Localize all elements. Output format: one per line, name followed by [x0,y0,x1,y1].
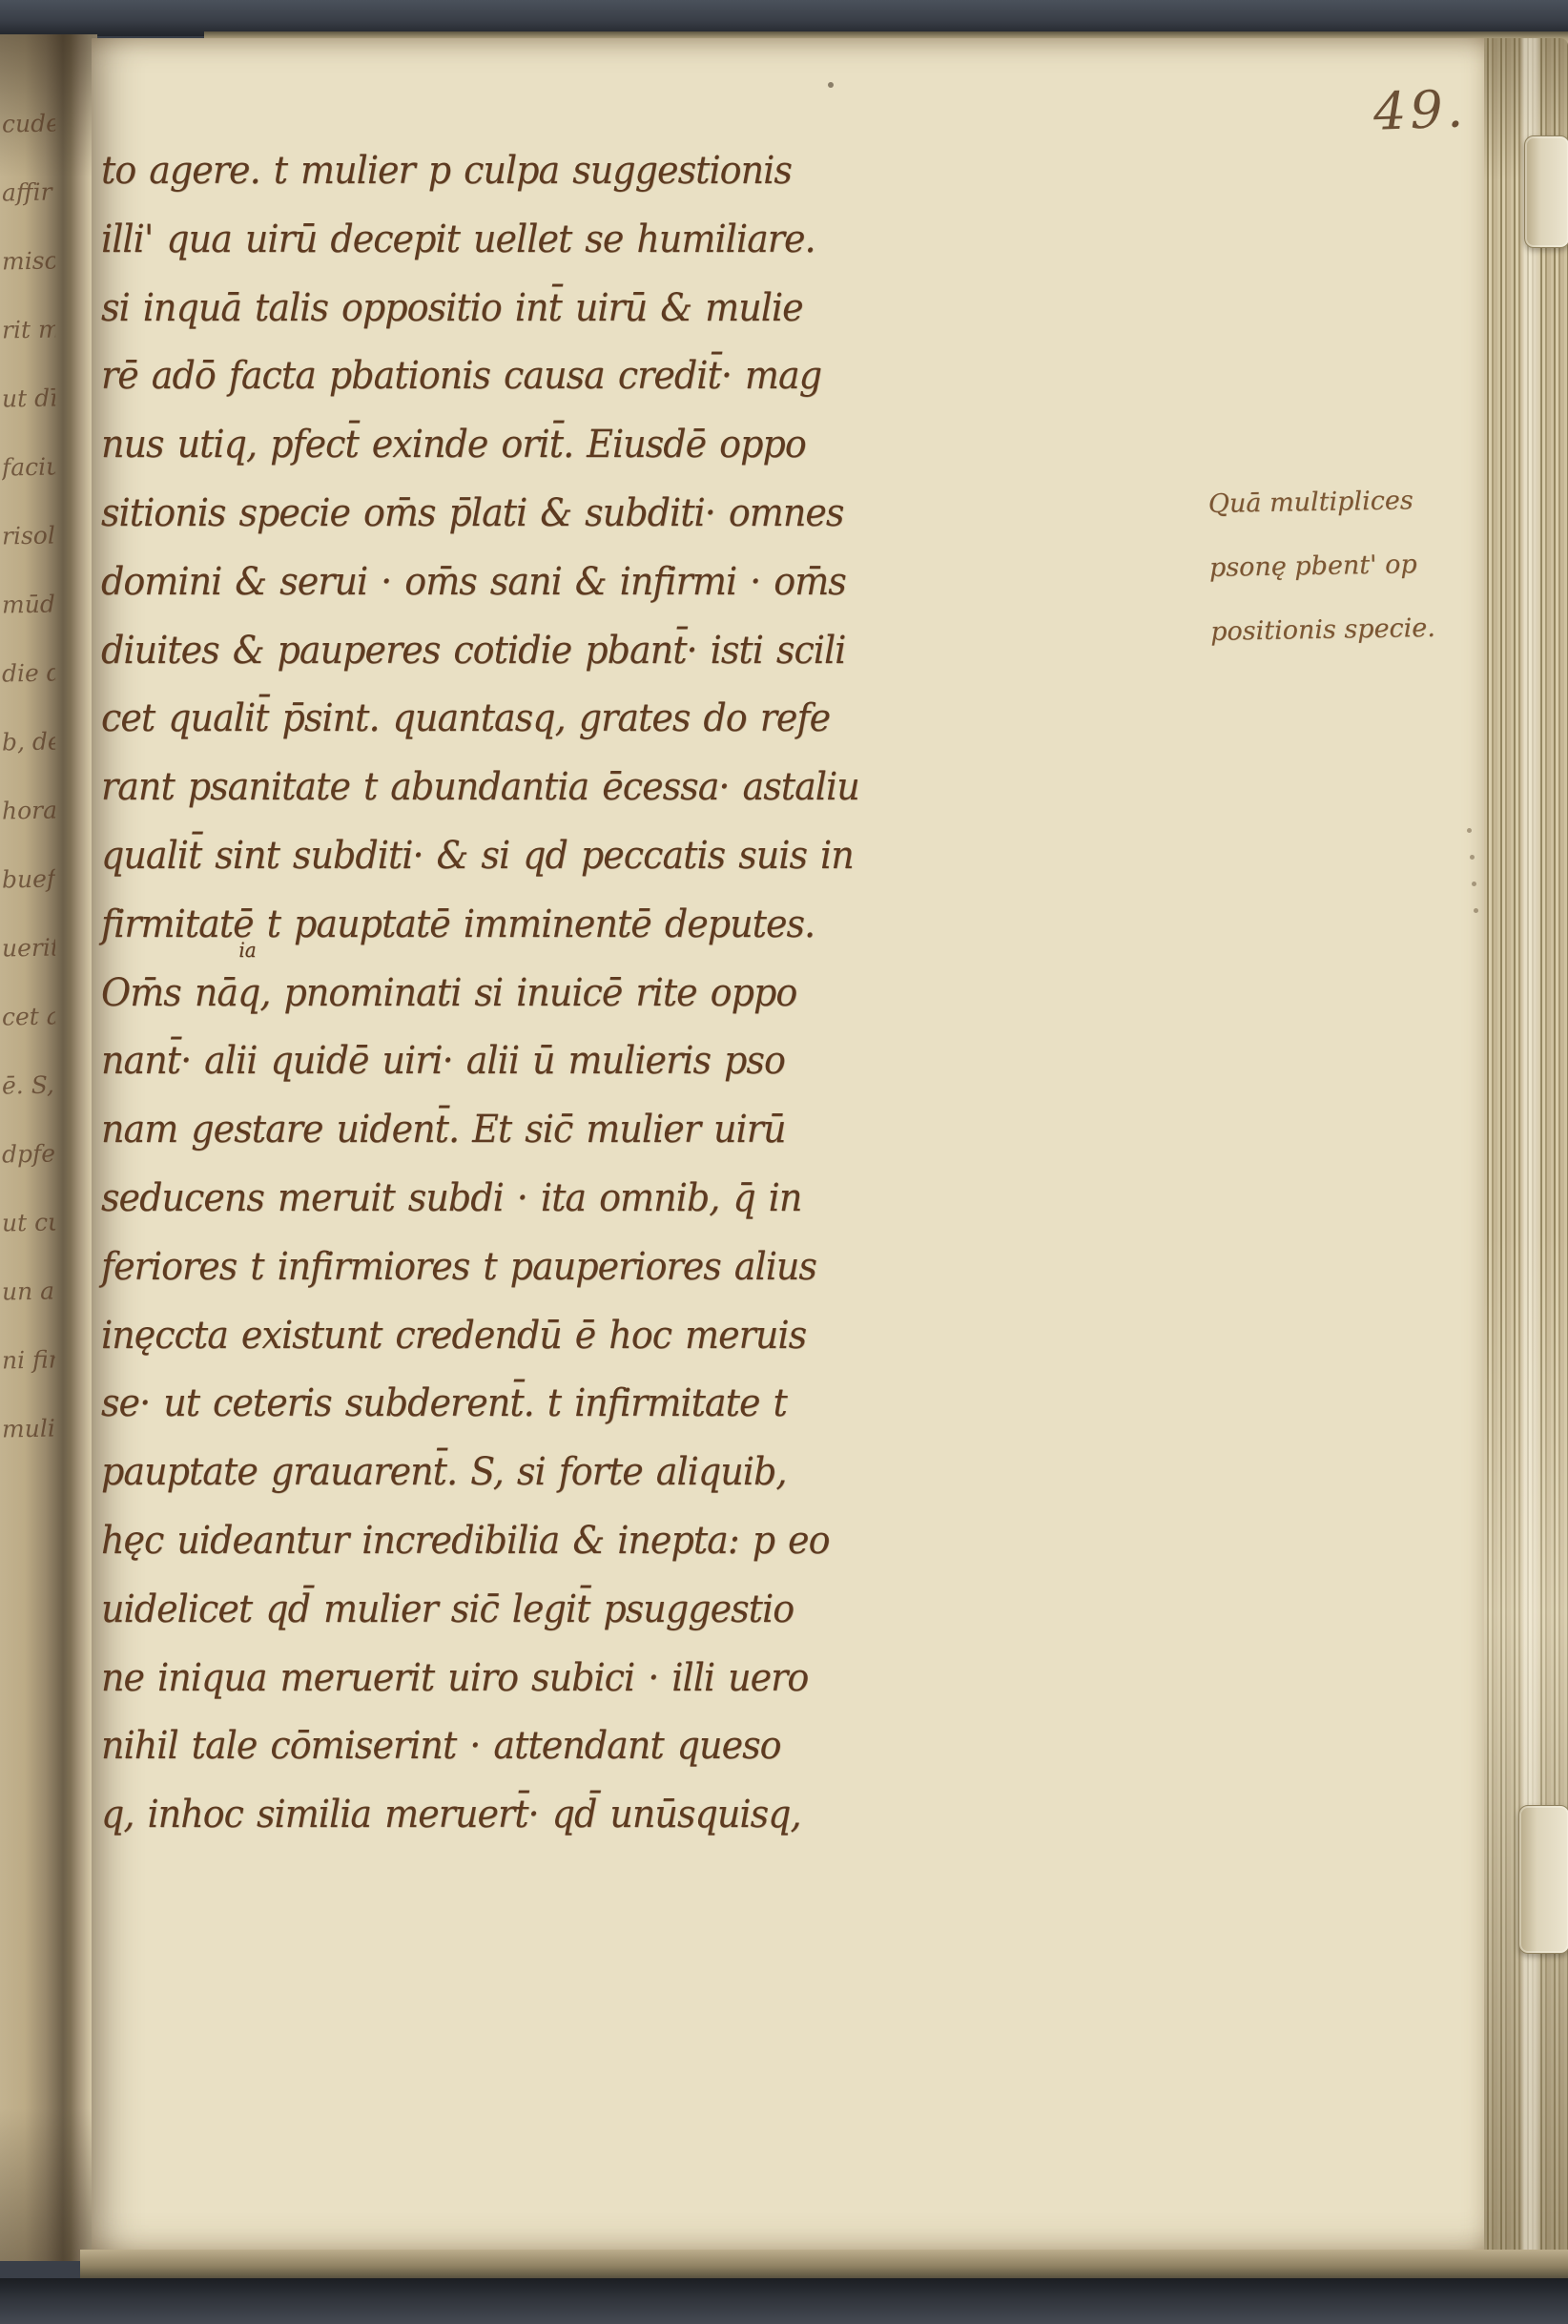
bookmark-tab-bottom [1518,1805,1568,1954]
text-line: sitionis specie om̄s p̄lati & subditi· o… [101,480,826,549]
pricking-dot [1470,855,1475,860]
manuscript-photo: cude affir misc rit mi ut dī faciu risol… [0,0,1568,2324]
text-line: diuites & pauperes cotidie pbant̄· isti … [101,617,826,686]
text-line: nihil tale cōmiserint · attendant queso [101,1712,826,1781]
text-line: seducens meruit subdi · ita omnib, q̄ in [101,1165,826,1234]
gutter-fragment: cet al [2,1004,55,1031]
text-line: to agere. t mulier p culpa suggestionis [101,137,826,206]
pricking-dot [1472,882,1476,886]
ink-speck [828,82,834,88]
gutter-fragment: ni fin [2,1347,55,1375]
text-line: cet qualit̄ p̄sint. quantasq, grates do … [101,685,826,754]
gutter-fragment: b, dec [2,729,55,757]
gutter-fragment: ut dī [2,385,55,413]
text-line: feriores t infirmiores t pauperiores ali… [101,1234,826,1302]
gutter-fragment: dpfec [2,1141,55,1169]
text-line: nant̄· alii quidē uiri· alii ū mulieris … [101,1027,826,1096]
pricking-dot [1474,908,1478,913]
bookmark-tab-top [1524,135,1568,248]
pricking-dot [1467,828,1472,833]
gutter-fragment: uerit [2,935,55,963]
text-line: q, inhoc similia meruert̄· qd̄ unūsquisq… [101,1781,826,1850]
text-line: Om̄s nāq, pnominati si inuicē rite oppo [101,960,826,1028]
gutter-fragment: un an [2,1278,55,1306]
manuscript-page: 49. to agere. t mulier p culpa suggestio… [92,38,1490,2253]
gutter-fragment: faciu [2,454,55,482]
gutter-fragment: risolu [2,523,55,550]
gutter-fragment: cude [2,111,55,138]
interlinear-gloss: ia [238,941,256,961]
text-line: si inquā talis oppositio int̄ uirū & mul… [101,275,826,343]
text-line: nam gestare uident̄. Et sic̄ mulier uirū [101,1096,826,1165]
gutter-fragment: ē. S, h [2,1072,55,1100]
text-line: inęccta existunt credendū ē hoc meruis [101,1302,826,1371]
text-line: pauptate grauarent̄. S, si forte aliquib… [101,1439,826,1507]
main-text-block: to agere. t mulier p culpa suggestionis … [101,137,826,1850]
gutter-fragment: ut cu [2,1210,55,1237]
text-line: ne iniqua meruerit uiro subici · illi ue… [101,1645,826,1713]
background-band-bottom [0,2278,1568,2324]
gutter-fragment: rit mi [2,317,55,344]
text-line: hęc uideantur incredibilia & inepta: p e… [101,1507,826,1576]
text-line: se· ut ceteris subderent̄. t infirmitate… [101,1370,826,1439]
folio-number: 49. [1372,78,1468,141]
gutter-fragment: mulie [2,1416,55,1443]
gutter-fragment: die dis [2,660,55,688]
gutter-fragment: hora [2,798,55,825]
text-line: rant psanitate t abundantia ēcessa· asta… [101,754,826,822]
gutter-fragment: misc [2,248,55,276]
text-line: domini & serui · om̄s sani & infirmi · o… [101,549,826,617]
gutter-fragment: buef [2,866,55,894]
gutter-fragment: mūdi [2,591,55,619]
text-line: uidelicet qd̄ mulier sic̄ legit̄ psugges… [101,1576,826,1645]
text-line: qualit̄ sint subditi· & si qd peccatis s… [101,822,826,891]
text-line: firmitatē t pauptatē imminentē deputes. [101,891,826,960]
text-line: illi' qua uirū decepit uellet se humilia… [101,206,826,275]
text-line: nus utiq, pfect̄ exinde orit̄. Eiusdē op… [101,411,826,480]
page-block-bottom-edge [80,2250,1568,2280]
gutter-fragment: affir [2,179,55,207]
book-gutter: cude affir misc rit mi ut dī faciu risol… [0,34,97,2261]
text-line: rē adō facta pbationis causa credit̄· ma… [101,342,826,411]
